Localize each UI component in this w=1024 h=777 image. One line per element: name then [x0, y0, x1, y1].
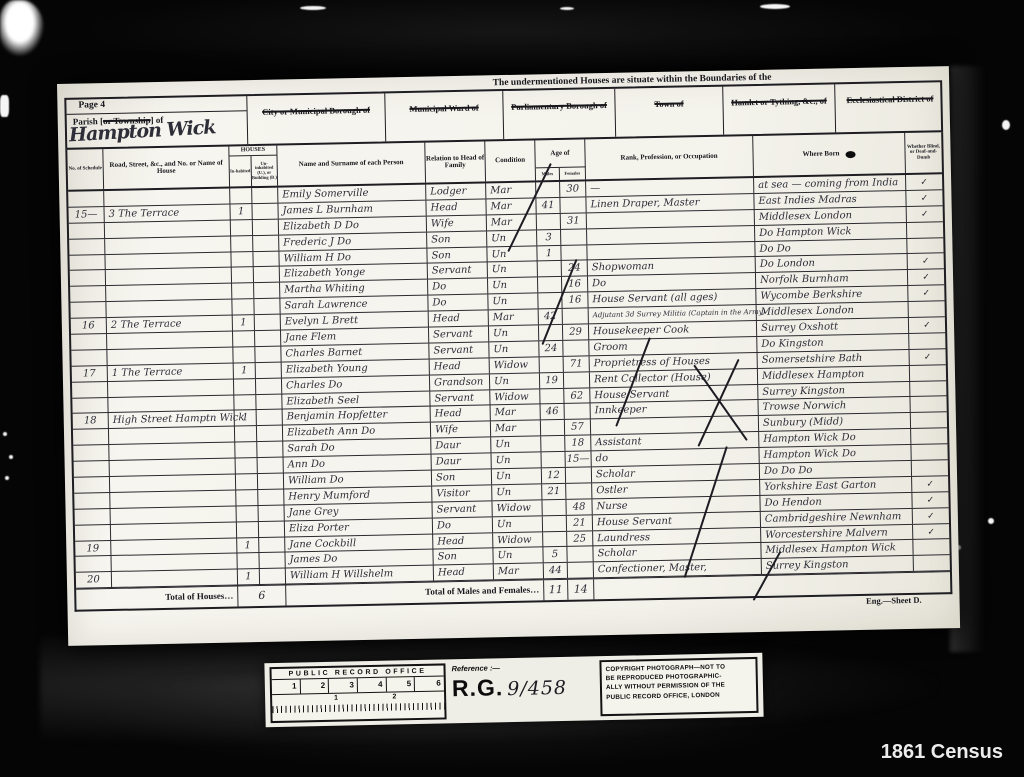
age-female: 31 [561, 213, 587, 229]
houses-inhabited [237, 554, 259, 569]
houses-inhabited [234, 395, 256, 410]
person-name: Martha Whiting [280, 280, 428, 298]
age-female: 29 [563, 324, 589, 340]
person-name: James Do [285, 550, 433, 568]
age-female: 30 [560, 181, 586, 197]
check-mark: ✓ [909, 317, 945, 333]
reference-label: Reference :— [451, 661, 593, 673]
check-mark [912, 460, 948, 476]
district-cell: Hamlet or Tything, &c., of [722, 84, 835, 134]
relation-to-head: Servant [428, 263, 488, 279]
condition: Mar [491, 405, 541, 421]
age-male [541, 420, 565, 435]
houses-inhabited: 1 [230, 204, 252, 219]
schedule-number [71, 350, 107, 366]
houses-inhabited [233, 331, 255, 346]
age-female [568, 563, 594, 579]
houses-inhabited: 1 [237, 538, 259, 553]
age-female: 15— [565, 451, 591, 467]
address [109, 427, 235, 445]
relation-to-head: Do [433, 517, 493, 533]
houses-inhabited: 1 [235, 411, 257, 426]
age-male: 5 [543, 547, 567, 562]
condition: Un [492, 468, 542, 484]
check-mark [911, 428, 947, 444]
ruler-number: 2 [300, 679, 329, 694]
address: 2 The Terrace [107, 316, 233, 334]
ruler-number: 2 [392, 693, 396, 700]
check-mark: ✓ [910, 349, 946, 365]
check-mark: ✓ [913, 524, 949, 540]
relation-to-head: Head [426, 199, 486, 215]
age-female [567, 547, 593, 563]
condition: Un [493, 548, 543, 564]
age-male [538, 261, 562, 276]
houses-inhabited: 1 [233, 315, 255, 330]
condition: Widow [490, 389, 540, 405]
houses-uninhabited [259, 537, 285, 553]
schedule-number [74, 493, 110, 509]
check-mark: ✓ [912, 476, 948, 492]
copyright-notice: COPYRIGHT PHOTOGRAPH—NOT TO BE REPRODUCE… [599, 657, 758, 716]
col-header-uninhabited: Un-inhabited (U.), or Building (B.) [251, 156, 278, 187]
district-cell: Ecclesiastical District of [834, 82, 945, 132]
total-males-value: 11 [544, 580, 568, 600]
where-born: Middlesex Hampton [758, 366, 910, 384]
age-male [540, 388, 564, 403]
col-header-age: Age of [535, 139, 586, 168]
district-label: Town of [654, 98, 683, 109]
schedule-number [69, 255, 105, 271]
age-female: 71 [564, 356, 590, 372]
houses-uninhabited [256, 378, 282, 394]
check-mark [913, 540, 949, 556]
condition: Un [492, 452, 542, 468]
person-name: William Do [284, 471, 432, 489]
ruler-fine-scale: 1 2 [272, 691, 444, 713]
ruler-number: 1 [334, 695, 338, 702]
film-speck [3, 432, 7, 436]
houses-uninhabited [253, 219, 279, 235]
age-male: 12 [542, 468, 566, 483]
houses-uninhabited [258, 489, 284, 505]
condition: Mar [494, 564, 544, 580]
relation-to-head: Servant [429, 326, 489, 342]
houses-inhabited [231, 220, 253, 235]
schedule-number [71, 334, 107, 350]
condition: Mar [487, 214, 537, 230]
person-name: Elizabeth D Do [279, 216, 427, 234]
check-mark [909, 301, 945, 317]
age-female: 16 [562, 293, 588, 309]
schedule-number: 20 [76, 572, 112, 588]
houses-inhabited: 1 [234, 363, 256, 378]
houses-inhabited [233, 347, 255, 362]
pro-reference-strip: PUBLIC RECORD OFFICE 1 2 3 4 5 6 1 2 Ref… [264, 653, 763, 727]
check-mark: ✓ [906, 174, 942, 190]
age-male: 46 [541, 404, 565, 419]
relation-to-head: Wife [427, 215, 487, 231]
relation-to-head: Head [429, 311, 489, 327]
houses-uninhabited [253, 235, 279, 251]
relation-to-head: Grandson [430, 374, 490, 390]
relation-to-head: Daur [432, 453, 492, 469]
schedule-number: 17 [72, 366, 108, 382]
houses-uninhabited [253, 251, 279, 267]
film-speck [9, 455, 13, 459]
houses-inhabited [235, 426, 257, 441]
houses-inhabited [236, 490, 258, 505]
age-female [563, 340, 589, 356]
houses-uninhabited [260, 569, 286, 585]
rg-prefix: R.G. [452, 674, 504, 702]
ruler-number: 4 [358, 678, 387, 693]
condition: Un [489, 341, 539, 357]
address [111, 506, 237, 524]
district-label: Parliamentary Borough of [511, 100, 607, 112]
photo-background: The undermentioned Houses are situate wi… [0, 0, 1024, 777]
person-name: William H Willshelm [286, 566, 434, 584]
houses-uninhabited [259, 553, 285, 569]
district-cell: City or Municipal Borough of [246, 93, 385, 144]
address [108, 395, 234, 413]
person-name: Elizabeth Ann Do [283, 423, 431, 441]
sheet-note: Eng.—Sheet D. [866, 595, 922, 606]
check-mark [914, 556, 950, 572]
pro-ruler: PUBLIC RECORD OFFICE 1 2 3 4 5 6 1 2 [269, 663, 446, 723]
relation-to-head: Head [430, 358, 490, 374]
person-name: Emily Somerville [278, 185, 426, 203]
age-female: 62 [564, 388, 590, 404]
address [110, 475, 236, 493]
houses-uninhabited [259, 521, 285, 537]
houses-uninhabited [256, 394, 282, 410]
houses-inhabited [237, 506, 259, 521]
schedule-number [75, 525, 111, 541]
houses-uninhabited [257, 410, 283, 426]
condition: Widow [492, 500, 542, 516]
check-mark [907, 222, 943, 238]
district-label: Hamlet or Tything, &c., of [731, 96, 827, 108]
age-male: 44 [544, 563, 568, 578]
age-male [537, 214, 561, 229]
person-name: Elizabeth Yonge [280, 264, 428, 282]
film-blemish [0, 0, 44, 56]
age-female [560, 197, 586, 213]
condition: Un [491, 437, 541, 453]
total-houses-value: 6 [238, 586, 286, 607]
houses-uninhabited [259, 505, 285, 521]
relation-to-head: Son [427, 231, 487, 247]
age-male [540, 357, 564, 372]
address [107, 332, 233, 350]
age-male: 1 [537, 245, 561, 260]
houses-uninhabited [257, 442, 283, 458]
houses-uninhabited [255, 331, 281, 347]
schedule-number [70, 271, 106, 287]
schedule-number [70, 286, 106, 302]
caption-1861-census: 1861 Census [881, 741, 1003, 764]
person-name: James L Burnham [278, 201, 426, 219]
address [104, 189, 230, 207]
census-form-page: The undermentioned Houses are situate wi… [57, 66, 960, 646]
condition: Un [487, 246, 537, 262]
col-header-road: Road, Street, &c., and No. or Name of Ho… [103, 147, 230, 190]
reference-box: Reference :— R.G. 9/458 [451, 660, 594, 719]
address [108, 379, 234, 397]
condition: Un [490, 373, 540, 389]
schedule-number [69, 223, 105, 239]
address [109, 443, 235, 461]
houses-inhabited [232, 283, 254, 298]
person-name: Elizabeth Young [282, 359, 430, 377]
census-table: No. of Schedule Road, Street, &c., and N… [65, 132, 952, 612]
schedule-number [68, 191, 104, 207]
schedule-number [76, 556, 112, 572]
check-mark [907, 238, 943, 254]
age-male [542, 500, 566, 515]
schedule-number [73, 429, 109, 445]
ruler-number: 5 [386, 677, 415, 692]
houses-uninhabited [252, 203, 278, 219]
houses-inhabited [232, 299, 254, 314]
condition: Un [492, 484, 542, 500]
condition: Un [489, 325, 539, 341]
reference-number-handwritten: 9/458 [507, 677, 567, 700]
age-female: 18 [565, 436, 591, 452]
relation-to-head: Wife [431, 422, 491, 438]
total-females-value: 14 [568, 580, 594, 601]
condition: Un [488, 294, 538, 310]
condition: Widow [493, 532, 543, 548]
person-name: Elizabeth Seel [282, 391, 430, 409]
address [105, 252, 231, 270]
film-speck [1002, 120, 1010, 130]
district-cell: Municipal Ward of [384, 91, 503, 141]
address [106, 300, 232, 318]
address [105, 236, 231, 254]
relation-to-head: Son [427, 247, 487, 263]
relation-to-head: Head [434, 565, 494, 581]
schedule-number: 15— [68, 207, 104, 223]
address: 1 The Terrace [108, 363, 234, 381]
ruler-number: 3 [329, 678, 358, 693]
person-name: Sarah Do [283, 439, 431, 457]
where-born-label: Where Born [802, 151, 839, 159]
age-male [543, 531, 567, 546]
schedule-number [72, 398, 108, 414]
relation-to-head: Lodger [426, 183, 486, 199]
col-header-schedule: No. of Schedule [67, 149, 104, 190]
ruler-number: 6 [415, 676, 444, 691]
condition: Mar [491, 421, 541, 437]
age-male: 41 [536, 198, 560, 213]
age-female: 25 [567, 531, 593, 547]
person-name: Charles Barnet [281, 343, 429, 361]
age-female [561, 245, 587, 261]
check-mark: ✓ [906, 190, 942, 206]
col-header-females: Females [560, 167, 586, 180]
district-cell: Parliamentary Borough of [502, 89, 615, 139]
condition: Mar [486, 182, 536, 198]
schedule-number [69, 239, 105, 255]
houses-uninhabited [256, 362, 282, 378]
age-female: 48 [566, 499, 592, 515]
schedule-number [73, 445, 109, 461]
col-header-blind: Whether Blind, or Deaf-and-Dumb [905, 132, 942, 173]
check-mark: ✓ [908, 285, 944, 301]
person-name: Jane Grey [285, 502, 433, 520]
address [111, 522, 237, 540]
relation-to-head: Visitor [432, 485, 492, 501]
relation-to-head: Servant [430, 390, 490, 406]
col-header-occupation: Rank, Profession, or Occupation [585, 136, 754, 179]
relation-to-head: Servant [429, 342, 489, 358]
address [110, 490, 236, 508]
district-cell: Town of [614, 87, 723, 137]
address [111, 538, 237, 556]
person-name: Henry Mumford [284, 486, 432, 504]
person-name: William H Do [279, 248, 427, 266]
where-born: Surrey Kingston [762, 556, 914, 574]
person-name: Evelyn L Brett [281, 312, 429, 330]
address: 3 The Terrace [104, 204, 230, 222]
address [112, 570, 238, 588]
relation-to-head: Son [432, 469, 492, 485]
houses-inhabited [230, 188, 252, 203]
address [107, 347, 233, 365]
check-mark [910, 365, 946, 381]
film-speck [300, 6, 326, 10]
age-female: 57 [565, 420, 591, 436]
houses-inhabited [237, 522, 259, 537]
age-female [566, 467, 592, 483]
houses-inhabited: 1 [238, 569, 260, 584]
houses-inhabited [231, 236, 253, 251]
check-mark: ✓ [908, 270, 944, 286]
check-mark [909, 333, 945, 349]
houses-uninhabited [257, 426, 283, 442]
houses-inhabited [236, 458, 258, 473]
ink-blot [845, 150, 855, 157]
houses-uninhabited [258, 458, 284, 474]
check-mark [910, 381, 946, 397]
ruler-number: 1 [272, 679, 301, 694]
condition: Un [493, 516, 543, 532]
houses-inhabited [231, 252, 253, 267]
person-name: Benjamin Hopfetter [283, 407, 431, 425]
person-name: Eliza Porter [285, 518, 433, 536]
person-name: Jane Flem [281, 328, 429, 346]
address [110, 459, 236, 477]
schedule-number [74, 461, 110, 477]
person-name: Ann Do [284, 455, 432, 473]
check-mark [911, 413, 947, 429]
age-male: 21 [542, 484, 566, 499]
age-female [561, 229, 587, 245]
schedule-number: 18 [73, 413, 109, 429]
houses-uninhabited [254, 267, 280, 283]
houses-uninhabited [254, 283, 280, 299]
check-mark: ✓ [907, 206, 943, 222]
check-mark [910, 397, 946, 413]
check-mark: ✓ [913, 508, 949, 524]
address: High Street Hamptn Wick [109, 411, 235, 429]
schedule-number [72, 382, 108, 398]
check-mark [911, 444, 947, 460]
age-female [563, 309, 589, 325]
condition: Un [488, 262, 538, 278]
houses-inhabited [234, 379, 256, 394]
person-name: Jane Cockbill [285, 534, 433, 552]
houses-uninhabited [252, 188, 278, 204]
reference-line: R.G. 9/458 [452, 672, 595, 702]
schedule-number [75, 509, 111, 525]
address [106, 284, 232, 302]
film-speck [0, 95, 9, 117]
person-name: Sarah Lawrence [280, 296, 428, 314]
relation-to-head: Head [433, 533, 493, 549]
age-male: 19 [540, 373, 564, 388]
census-rows: Emily Somerville Lodger Mar 30 — at sea … [68, 174, 950, 589]
district-label: Municipal Ward of [409, 103, 478, 114]
address [111, 554, 237, 572]
person-name: Frederic J Do [279, 232, 427, 250]
check-mark: ✓ [908, 254, 944, 270]
person-name: Charles Do [282, 375, 430, 393]
film-speck [560, 7, 574, 10]
relation-to-head: Son [433, 549, 493, 565]
address [105, 220, 231, 238]
total-houses-label: Total of Houses… [76, 587, 238, 610]
col-header-where-born: Where Born [753, 133, 906, 176]
schedule-number: 16 [71, 318, 107, 334]
where-born: Worcestershire Malvern [761, 525, 913, 543]
houses-uninhabited [254, 299, 280, 315]
houses-uninhabited [255, 315, 281, 331]
age-male [538, 277, 562, 292]
houses-uninhabited [258, 474, 284, 490]
col-header-name: Name and Surname of each Person [277, 143, 426, 186]
age-female: 21 [567, 515, 593, 531]
col-header-condition: Condition [485, 140, 536, 181]
houses-uninhabited [255, 346, 281, 362]
age-male [541, 436, 565, 451]
condition: Widow [490, 357, 540, 373]
relation-to-head: Do [428, 279, 488, 295]
film-speck [5, 476, 9, 480]
houses-inhabited [232, 268, 254, 283]
district-label: City or Municipal Borough of [262, 105, 370, 117]
total-persons-label: Total of Males and Females… [286, 581, 544, 606]
age-male [541, 452, 565, 467]
schedule-number: 19 [75, 541, 111, 557]
houses-inhabited [235, 442, 257, 457]
film-speck [760, 4, 790, 9]
age-male [543, 516, 567, 531]
check-mark: ✓ [912, 492, 948, 508]
relation-to-head: Daur [431, 438, 491, 454]
condition: Un [488, 278, 538, 294]
age-female [566, 483, 592, 499]
condition: Mar [489, 310, 539, 326]
houses-inhabited [236, 474, 258, 489]
age-female [565, 404, 591, 420]
age-male: 3 [537, 230, 561, 245]
schedule-number [70, 302, 106, 318]
col-header-relation: Relation to Head of Family [425, 141, 486, 182]
relation-to-head: Head [431, 406, 491, 422]
